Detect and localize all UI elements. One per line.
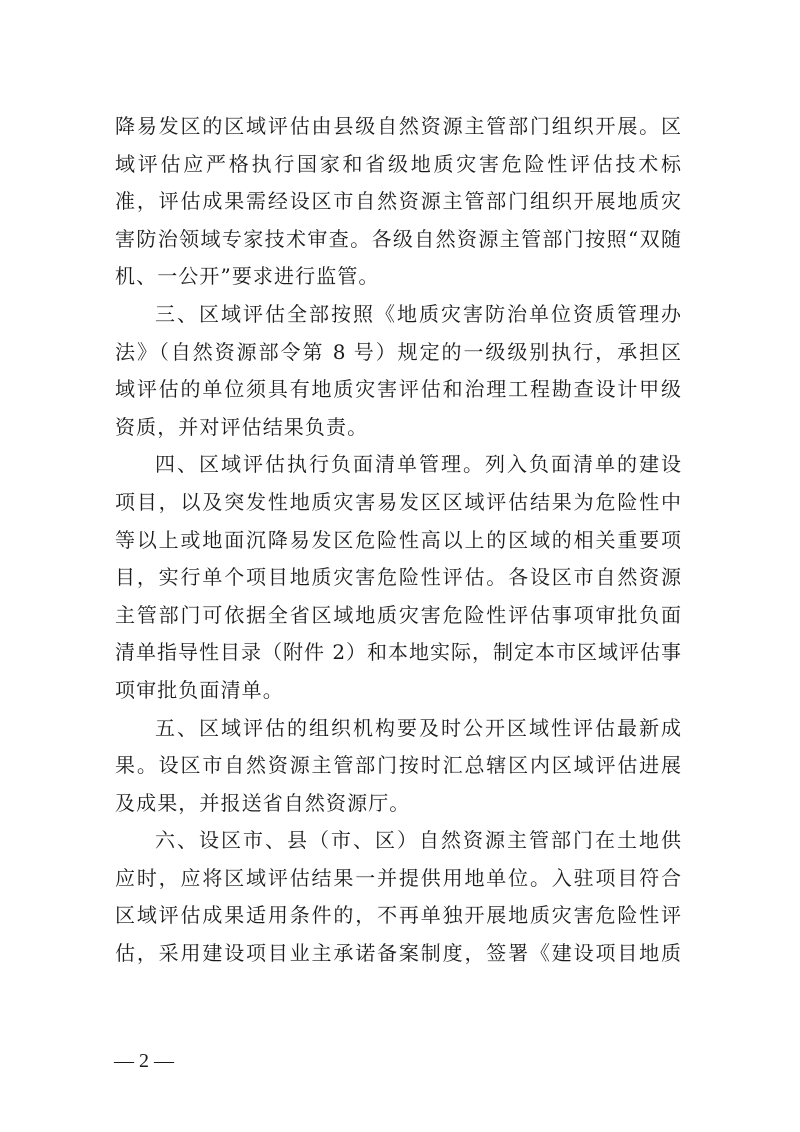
text-line: 四、区域评估执行负面清单管理。列入负面清单的建设 bbox=[115, 446, 681, 484]
text-line: 清单指导性目录（附件 2）和本地实际，制定本市区域评估事 bbox=[115, 634, 681, 672]
text-line: 项审批负面清单。 bbox=[115, 672, 681, 710]
document-body: 降易发区的区域评估由县级自然资源主管部门组织开展。区域评估应严格执行国家和省级地… bbox=[115, 108, 681, 973]
text-line: 域评估的单位须具有地质灾害评估和治理工程勘查设计甲级 bbox=[115, 371, 681, 409]
text-line: 法》（自然资源部令第 8 号）规定的一级级别执行，承担区 bbox=[115, 334, 681, 372]
page-number: — 2 — bbox=[114, 1047, 174, 1075]
text-line: 域评估应严格执行国家和省级地质灾害危险性评估技术标 bbox=[115, 146, 681, 184]
text-line: 主管部门可依据全省区域地质灾害危险性评估事项审批负面 bbox=[115, 597, 681, 635]
text-line: 应时，应将区域评估结果一并提供用地单位。入驻项目符合 bbox=[115, 860, 681, 898]
text-line: 目，实行单个项目地质灾害危险性评估。各设区市自然资源 bbox=[115, 559, 681, 597]
text-line: 机、一公开”要求进行监管。 bbox=[115, 258, 681, 296]
text-line: 五、区域评估的组织机构要及时公开区域性评估最新成 bbox=[115, 710, 681, 748]
text-line: 害防治领域专家技术审查。各级自然资源主管部门按照“双随 bbox=[115, 221, 681, 259]
text-line: 等以上或地面沉降易发区危险性高以上的区域的相关重要项 bbox=[115, 522, 681, 560]
text-line: 区域评估成果适用条件的，不再单独开展地质灾害危险性评 bbox=[115, 897, 681, 935]
text-line: 三、区域评估全部按照《地质灾害防治单位资质管理办 bbox=[115, 296, 681, 334]
document-page: 降易发区的区域评估由县级自然资源主管部门组织开展。区域评估应严格执行国家和省级地… bbox=[0, 0, 800, 1132]
text-line: 准，评估成果需经设区市自然资源主管部门组织开展地质灾 bbox=[115, 183, 681, 221]
text-line: 估，采用建设项目业主承诺备案制度，签署《建设项目地质 bbox=[115, 935, 681, 973]
text-line: 项目，以及突发性地质灾害易发区区域评估结果为危险性中 bbox=[115, 484, 681, 522]
text-line: 降易发区的区域评估由县级自然资源主管部门组织开展。区 bbox=[115, 108, 681, 146]
text-line: 及成果，并报送省自然资源厅。 bbox=[115, 785, 681, 823]
text-line: 资质，并对评估结果负责。 bbox=[115, 409, 681, 447]
text-line: 果。设区市自然资源主管部门按时汇总辖区内区域评估进展 bbox=[115, 747, 681, 785]
text-line: 六、设区市、县（市、区）自然资源主管部门在土地供 bbox=[115, 822, 681, 860]
